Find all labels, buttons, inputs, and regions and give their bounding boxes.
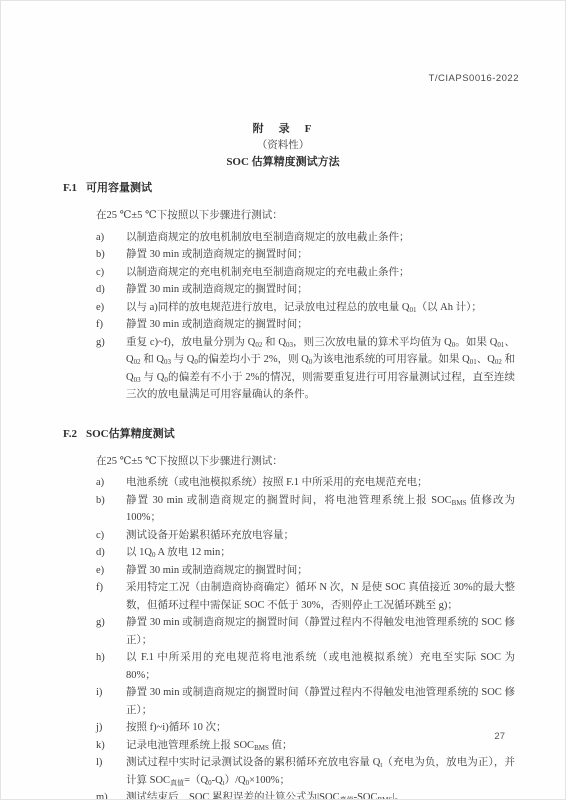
item-label: f) bbox=[96, 316, 126, 334]
item-text: 按照 f)~i)循环 10 次； bbox=[126, 719, 515, 737]
item-label: b) bbox=[96, 246, 126, 264]
section-f2: F.2SOC估算精度测试 在25 ℃±5 ℃下按照以下步骤进行测试： a)电池系… bbox=[63, 425, 515, 800]
item-label: h) bbox=[96, 649, 126, 667]
item-label: a) bbox=[96, 474, 126, 492]
appendix-subtitle: （资料性） bbox=[1, 138, 565, 155]
list-item: f)静置 30 min 或制造商规定的搁置时间； bbox=[96, 316, 515, 334]
item-label: f) bbox=[96, 579, 126, 597]
section-heading: F.2SOC估算精度测试 bbox=[63, 425, 515, 441]
item-label: g) bbox=[96, 614, 126, 632]
item-label: d) bbox=[96, 544, 126, 562]
item-label: l) bbox=[96, 754, 126, 772]
item-text: 静置 30 min 或制造商规定的搁置时间，将电池管理系统上报 SOCBMS 值… bbox=[126, 492, 515, 527]
item-text: 静置 30 min 或制造商规定的搁置时间； bbox=[126, 562, 515, 580]
list-item: a)电池系统（或电池模拟系统）按照 F.1 中所采用的充电规范充电； bbox=[96, 474, 515, 492]
list-item: e)以与 a)同样的放电规范进行放电，记录放电过程总的放电量 Q01（以 Ah … bbox=[96, 299, 515, 317]
item-label: b) bbox=[96, 492, 126, 510]
list-item: j)按照 f)~i)循环 10 次； bbox=[96, 719, 515, 737]
section-intro: 在25 ℃±5 ℃下按照以下步骤进行测试： bbox=[96, 453, 515, 471]
item-text: 采用特定工况（由制造商协商确定）循环 N 次，N 是使 SOC 真值接近 30%… bbox=[126, 579, 515, 614]
item-text: 静置 30 min 或制造商规定的搁置时间； bbox=[126, 281, 515, 299]
item-label: e) bbox=[96, 299, 126, 317]
item-label: i) bbox=[96, 684, 126, 702]
document-body: F.1可用容量测试 在25 ℃±5 ℃下按照以下步骤进行测试： a)以制造商规定… bbox=[63, 179, 515, 800]
document-page: T/CIAPS0016-2022 附 录 F （资料性） SOC 估算精度测试方… bbox=[0, 0, 566, 800]
item-text: 以 F.1 中所采用的充电规范将电池系统（或电池模拟系统）充电至实际 SOC 为… bbox=[126, 649, 515, 684]
item-text: 静置 30 min 或制造商规定的搁置时间（静置过程内不得触发电池管理系统的 S… bbox=[126, 614, 515, 649]
section-heading: F.1可用容量测试 bbox=[63, 179, 515, 195]
section-title: 可用容量测试 bbox=[86, 182, 152, 194]
list-item: d)以 1Q0 A 放电 12 min； bbox=[96, 544, 515, 562]
item-label: c) bbox=[96, 527, 126, 545]
item-text: 静置 30 min 或制造商规定的搁置时间； bbox=[126, 246, 515, 264]
item-text: 静置 30 min 或制造商规定的搁置时间； bbox=[126, 316, 515, 334]
section-f1: F.1可用容量测试 在25 ℃±5 ℃下按照以下步骤进行测试： a)以制造商规定… bbox=[63, 179, 515, 404]
list-item: k)记录电池管理系统上报 SOCBMS 值； bbox=[96, 737, 515, 755]
list-item: d)静置 30 min 或制造商规定的搁置时间； bbox=[96, 281, 515, 299]
list-item: i)静置 30 min 或制造商规定的搁置时间（静置过程内不得触发电池管理系统的… bbox=[96, 684, 515, 719]
list-item: f)采用特定工况（由制造商协商确定）循环 N 次，N 是使 SOC 真值接近 3… bbox=[96, 579, 515, 614]
item-text: 测试过程中实时记录测试设备的累积循环充放电容量 Qt（充电为负，放电为正），并计… bbox=[126, 754, 515, 789]
item-text: 以制造商规定的放电机制放电至制造商规定的放电截止条件； bbox=[126, 229, 515, 247]
list-item: c)测试设备开始累积循环充放电容量； bbox=[96, 527, 515, 545]
list-item: b)静置 30 min 或制造商规定的搁置时间； bbox=[96, 246, 515, 264]
item-text: 测试设备开始累积循环充放电容量； bbox=[126, 527, 515, 545]
list-item: a)以制造商规定的放电机制放电至制造商规定的放电截止条件； bbox=[96, 229, 515, 247]
list-item: g)重复 c)~f)，放电量分别为 Q02 和 Q03，则三次放电量的算术平均值… bbox=[96, 334, 515, 404]
list-item: b)静置 30 min 或制造商规定的搁置时间，将电池管理系统上报 SOCBMS… bbox=[96, 492, 515, 527]
item-label: e) bbox=[96, 562, 126, 580]
section-number: F.2 bbox=[63, 428, 77, 440]
list-item: l)测试过程中实时记录测试设备的累积循环充放电容量 Qt（充电为负，放电为正），… bbox=[96, 754, 515, 789]
item-text: 电池系统（或电池模拟系统）按照 F.1 中所采用的充电规范充电； bbox=[126, 474, 515, 492]
appendix-name: SOC 估算精度测试方法 bbox=[1, 154, 565, 171]
item-label: m) bbox=[96, 789, 126, 800]
item-label: j) bbox=[96, 719, 126, 737]
list-item: g)静置 30 min 或制造商规定的搁置时间（静置过程内不得触发电池管理系统的… bbox=[96, 614, 515, 649]
item-text: 记录电池管理系统上报 SOCBMS 值； bbox=[126, 737, 515, 755]
item-label: g) bbox=[96, 334, 126, 352]
item-label: d) bbox=[96, 281, 126, 299]
list-item: e)静置 30 min 或制造商规定的搁置时间； bbox=[96, 562, 515, 580]
section-intro: 在25 ℃±5 ℃下按照以下步骤进行测试： bbox=[96, 207, 515, 225]
item-text: 测试结束后，SOC 累积误差的计算公式为|SOC真值-SOCBMS|。 bbox=[126, 789, 515, 800]
item-text: 以 1Q0 A 放电 12 min； bbox=[126, 544, 515, 562]
list-item: c)以制造商规定的充电机制充电至制造商规定的充电截止条件； bbox=[96, 264, 515, 282]
item-label: c) bbox=[96, 264, 126, 282]
item-text: 以与 a)同样的放电规范进行放电，记录放电过程总的放电量 Q01（以 Ah 计）… bbox=[126, 299, 515, 317]
item-label: a) bbox=[96, 229, 126, 247]
list-item: m)测试结束后，SOC 累积误差的计算公式为|SOC真值-SOCBMS|。 bbox=[96, 789, 515, 800]
item-text: 以制造商规定的充电机制充电至制造商规定的充电截止条件； bbox=[126, 264, 515, 282]
section-title: SOC估算精度测试 bbox=[86, 428, 175, 440]
appendix-title: 附 录 F bbox=[1, 121, 565, 138]
appendix-title-block: 附 录 F （资料性） SOC 估算精度测试方法 bbox=[1, 121, 565, 171]
item-label: k) bbox=[96, 737, 126, 755]
item-text: 重复 c)~f)，放电量分别为 Q02 和 Q03，则三次放电量的算术平均值为 … bbox=[126, 334, 515, 404]
doc-number: T/CIAPS0016-2022 bbox=[429, 73, 519, 84]
section-number: F.1 bbox=[63, 182, 77, 194]
page-number: 27 bbox=[494, 731, 505, 742]
list-item: h)以 F.1 中所采用的充电规范将电池系统（或电池模拟系统）充电至实际 SOC… bbox=[96, 649, 515, 684]
item-text: 静置 30 min 或制造商规定的搁置时间（静置过程内不得触发电池管理系统的 S… bbox=[126, 684, 515, 719]
